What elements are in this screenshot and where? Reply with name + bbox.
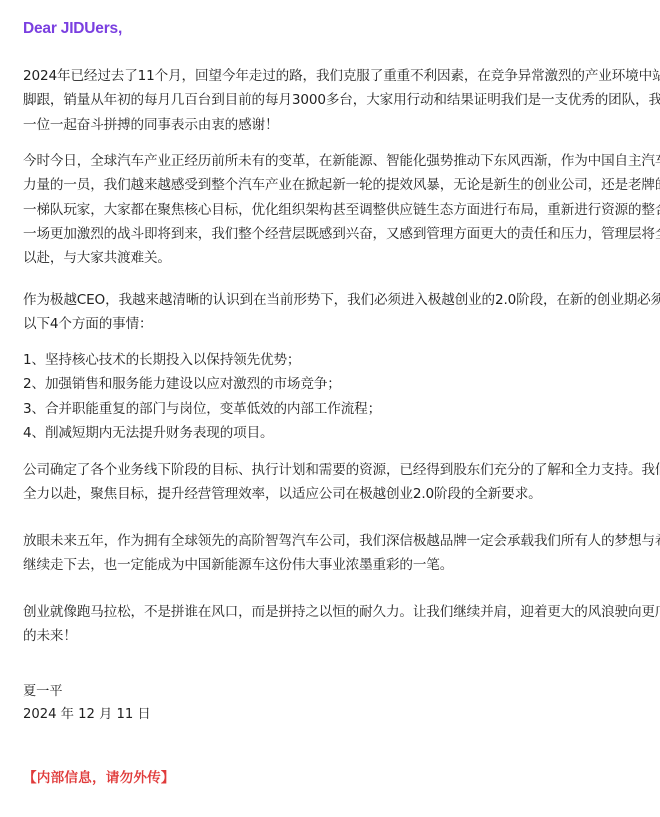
list-item: 1、坚持核心技术的长期投入以保持领先优势； — [23, 348, 643, 372]
paragraph-industry-change: 今时今日，全球汽车产业正经历前所未有的变革，在新能源、智能化强势推动下东风西渐，… — [23, 149, 643, 270]
list-item: 3、合并职能重复的部门与岗位，变革低效的内部工作流程； — [23, 397, 643, 421]
paragraph-closing: 创业就像跑马拉松，不是拼谁在风口，而是拼持之以恒的耐久力。让我们继续并肩，迎着更… — [23, 600, 643, 649]
text-line: 一场更加激烈的战斗即将到来，我们整个经营层既感到兴奋，又感到管理方面更大的责任和… — [23, 222, 643, 246]
list-item: 2、加强销售和服务能力建设以应对激烈的市场竞争； — [23, 372, 643, 396]
signature-date: 2024 年 12 月 11 日 — [23, 703, 151, 727]
text-line: 一梯队玩家，大家都在聚焦核心目标，优化组织架构甚至调整供应链生态方面进行布局，重… — [23, 198, 643, 222]
paragraph-company-goals: 公司确定了各个业务线下阶段的目标、执行计划和需要的资源，已经得到股东们充分的了解… — [23, 458, 643, 507]
text-line: 脚跟，销量从年初的每月几百台到目前的每月3000多台，大家用行动和结果证明我们是… — [23, 88, 643, 112]
paragraph-gratitude: 2024年已经过去了11个月，回望今年走过的路，我们克服了重重不利因素，在竞争异… — [23, 64, 643, 137]
confidential-notice: 【内部信息，请勿外传】 — [23, 766, 175, 786]
text-line: 全力以赴，聚焦目标，提升经营管理效率，以适应公司在极越创业2.0阶段的全新要求。 — [23, 482, 643, 506]
text-line: 一位一起奋斗拼搏的同事表示由衷的感谢！ — [23, 113, 643, 137]
text-line: 以赴，与大家共渡难关。 — [23, 246, 643, 270]
text-line: 继续走下去，也一定能成为中国新能源车这份伟大事业浓墨重彩的一笔。 — [23, 553, 643, 577]
text-line: 公司确定了各个业务线下阶段的目标、执行计划和需要的资源，已经得到股东们充分的了解… — [23, 458, 643, 482]
priority-list: 1、坚持核心技术的长期投入以保持领先优势； 2、加强销售和服务能力建设以应对激烈… — [23, 348, 643, 445]
text-line: 以下4个方面的事情： — [23, 312, 643, 336]
text-line: 作为极越CEO，我越来越清晰的认识到在当前形势下，我们必须进入极越创业的2.0阶… — [23, 288, 643, 312]
text-line: 2024年已经过去了11个月，回望今年走过的路，我们克服了重重不利因素，在竞争异… — [23, 64, 643, 88]
text-line: 的未来！ — [23, 624, 643, 648]
greeting: Dear JIDUers, — [23, 20, 122, 38]
paragraph-ceo-statement: 作为极越CEO，我越来越清晰的认识到在当前形势下，我们必须进入极越创业的2.0阶… — [23, 288, 643, 337]
paragraph-future-outlook: 放眼未来五年，作为拥有全球领先的高阶智驾汽车公司，我们深信极越品牌一定会承载我们… — [23, 529, 643, 578]
text-line: 创业就像跑马拉松，不是拼谁在风口，而是拼持之以恒的耐久力。让我们继续并肩，迎着更… — [23, 600, 643, 624]
text-line: 力量的一员，我们越来越感受到整个汽车产业在掀起新一轮的提效风暴，无论是新生的创业… — [23, 173, 643, 197]
list-item: 4、削减短期内无法提升财务表现的项目。 — [23, 421, 643, 445]
text-line: 放眼未来五年，作为拥有全球领先的高阶智驾汽车公司，我们深信极越品牌一定会承载我们… — [23, 529, 643, 553]
signature-name: 夏一平 — [23, 680, 63, 704]
text-line: 今时今日，全球汽车产业正经历前所未有的变革，在新能源、智能化强势推动下东风西渐，… — [23, 149, 643, 173]
